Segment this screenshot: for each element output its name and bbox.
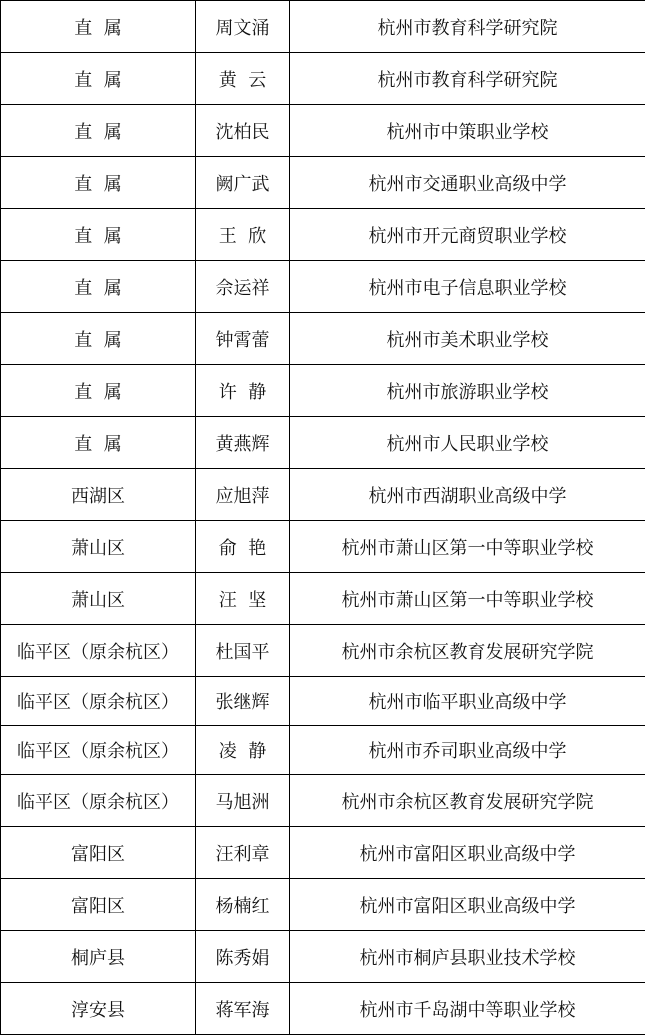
table-row: 西湖区应旭萍杭州市西湖职业高级中学	[1, 469, 645, 521]
name-cell: 周文涌	[196, 1, 290, 53]
table-row: 萧山区俞 艳杭州市萧山区第一中等职业学校	[1, 521, 645, 573]
unit-cell: 杭州市富阳区职业高级中学	[290, 879, 645, 931]
unit-cell: 杭州市西湖职业高级中学	[290, 469, 645, 521]
name-cell: 蒋军海	[196, 983, 290, 1035]
name-cell: 张继辉	[196, 677, 290, 726]
region-cell: 富阳区	[1, 827, 196, 879]
name-cell: 应旭萍	[196, 469, 290, 521]
unit-cell: 杭州市桐庐县职业技术学校	[290, 931, 645, 983]
region-cell: 西湖区	[1, 469, 196, 521]
region-cell: 直 属	[1, 1, 196, 53]
table-row: 直 属黄 云杭州市教育科学研究院	[1, 53, 645, 105]
region-cell: 临平区（原余杭区）	[1, 775, 196, 827]
unit-cell: 杭州市人民职业学校	[290, 417, 645, 469]
table-row: 临平区（原余杭区）马旭洲杭州市余杭区教育发展研究学院	[1, 775, 645, 827]
table-row: 直 属许 静杭州市旅游职业学校	[1, 365, 645, 417]
region-cell: 直 属	[1, 365, 196, 417]
name-cell: 汪 坚	[196, 573, 290, 625]
unit-cell: 杭州市余杭区教育发展研究学院	[290, 775, 645, 827]
name-cell: 王 欣	[196, 209, 290, 261]
unit-cell: 杭州市旅游职业学校	[290, 365, 645, 417]
name-cell: 许 静	[196, 365, 290, 417]
table-row: 桐庐县陈秀娟杭州市桐庐县职业技术学校	[1, 931, 645, 983]
name-cell: 黄燕辉	[196, 417, 290, 469]
name-cell: 凌 静	[196, 726, 290, 775]
unit-cell: 杭州市临平职业高级中学	[290, 677, 645, 726]
region-cell: 萧山区	[1, 521, 196, 573]
member-table-body: 直 属周文涌杭州市教育科学研究院直 属黄 云杭州市教育科学研究院直 属沈柏民杭州…	[1, 1, 645, 1035]
name-cell: 杜国平	[196, 625, 290, 677]
unit-cell: 杭州市电子信息职业学校	[290, 261, 645, 313]
table-row: 直 属王 欣杭州市开元商贸职业学校	[1, 209, 645, 261]
region-cell: 临平区（原余杭区）	[1, 625, 196, 677]
region-cell: 直 属	[1, 417, 196, 469]
table-row: 富阳区汪利章杭州市富阳区职业高级中学	[1, 827, 645, 879]
name-cell: 阙广武	[196, 157, 290, 209]
table-row: 萧山区汪 坚杭州市萧山区第一中等职业学校	[1, 573, 645, 625]
region-cell: 直 属	[1, 157, 196, 209]
unit-cell: 杭州市开元商贸职业学校	[290, 209, 645, 261]
region-cell: 临平区（原余杭区）	[1, 677, 196, 726]
table-row: 直 属黄燕辉杭州市人民职业学校	[1, 417, 645, 469]
unit-cell: 杭州市萧山区第一中等职业学校	[290, 573, 645, 625]
table-row: 淳安县蒋军海杭州市千岛湖中等职业学校	[1, 983, 645, 1035]
table-row: 直 属钟霄蕾杭州市美术职业学校	[1, 313, 645, 365]
unit-cell: 杭州市萧山区第一中等职业学校	[290, 521, 645, 573]
unit-cell: 杭州市教育科学研究院	[290, 1, 645, 53]
region-cell: 桐庐县	[1, 931, 196, 983]
name-cell: 马旭洲	[196, 775, 290, 827]
table-row: 直 属周文涌杭州市教育科学研究院	[1, 1, 645, 53]
table-row: 直 属佘运祥杭州市电子信息职业学校	[1, 261, 645, 313]
table-row: 临平区（原余杭区）杜国平杭州市余杭区教育发展研究学院	[1, 625, 645, 677]
table-row: 临平区（原余杭区）张继辉杭州市临平职业高级中学	[1, 677, 645, 726]
region-cell: 富阳区	[1, 879, 196, 931]
unit-cell: 杭州市富阳区职业高级中学	[290, 827, 645, 879]
region-cell: 直 属	[1, 313, 196, 365]
table-row: 直 属沈柏民杭州市中策职业学校	[1, 105, 645, 157]
unit-cell: 杭州市教育科学研究院	[290, 53, 645, 105]
table-row: 富阳区杨楠红杭州市富阳区职业高级中学	[1, 879, 645, 931]
name-cell: 陈秀娟	[196, 931, 290, 983]
unit-cell: 杭州市交通职业高级中学	[290, 157, 645, 209]
region-cell: 临平区（原余杭区）	[1, 726, 196, 775]
name-cell: 俞 艳	[196, 521, 290, 573]
region-cell: 直 属	[1, 261, 196, 313]
name-cell: 黄 云	[196, 53, 290, 105]
region-cell: 直 属	[1, 53, 196, 105]
unit-cell: 杭州市乔司职业高级中学	[290, 726, 645, 775]
table-row: 临平区（原余杭区）凌 静杭州市乔司职业高级中学	[1, 726, 645, 775]
region-cell: 淳安县	[1, 983, 196, 1035]
name-cell: 杨楠红	[196, 879, 290, 931]
name-cell: 钟霄蕾	[196, 313, 290, 365]
unit-cell: 杭州市余杭区教育发展研究学院	[290, 625, 645, 677]
name-cell: 汪利章	[196, 827, 290, 879]
member-table: 直 属周文涌杭州市教育科学研究院直 属黄 云杭州市教育科学研究院直 属沈柏民杭州…	[0, 0, 645, 1034]
name-cell: 沈柏民	[196, 105, 290, 157]
unit-cell: 杭州市千岛湖中等职业学校	[290, 983, 645, 1035]
region-cell: 直 属	[1, 105, 196, 157]
unit-cell: 杭州市中策职业学校	[290, 105, 645, 157]
table-row: 直 属阙广武杭州市交通职业高级中学	[1, 157, 645, 209]
region-cell: 直 属	[1, 209, 196, 261]
name-cell: 佘运祥	[196, 261, 290, 313]
unit-cell: 杭州市美术职业学校	[290, 313, 645, 365]
region-cell: 萧山区	[1, 573, 196, 625]
